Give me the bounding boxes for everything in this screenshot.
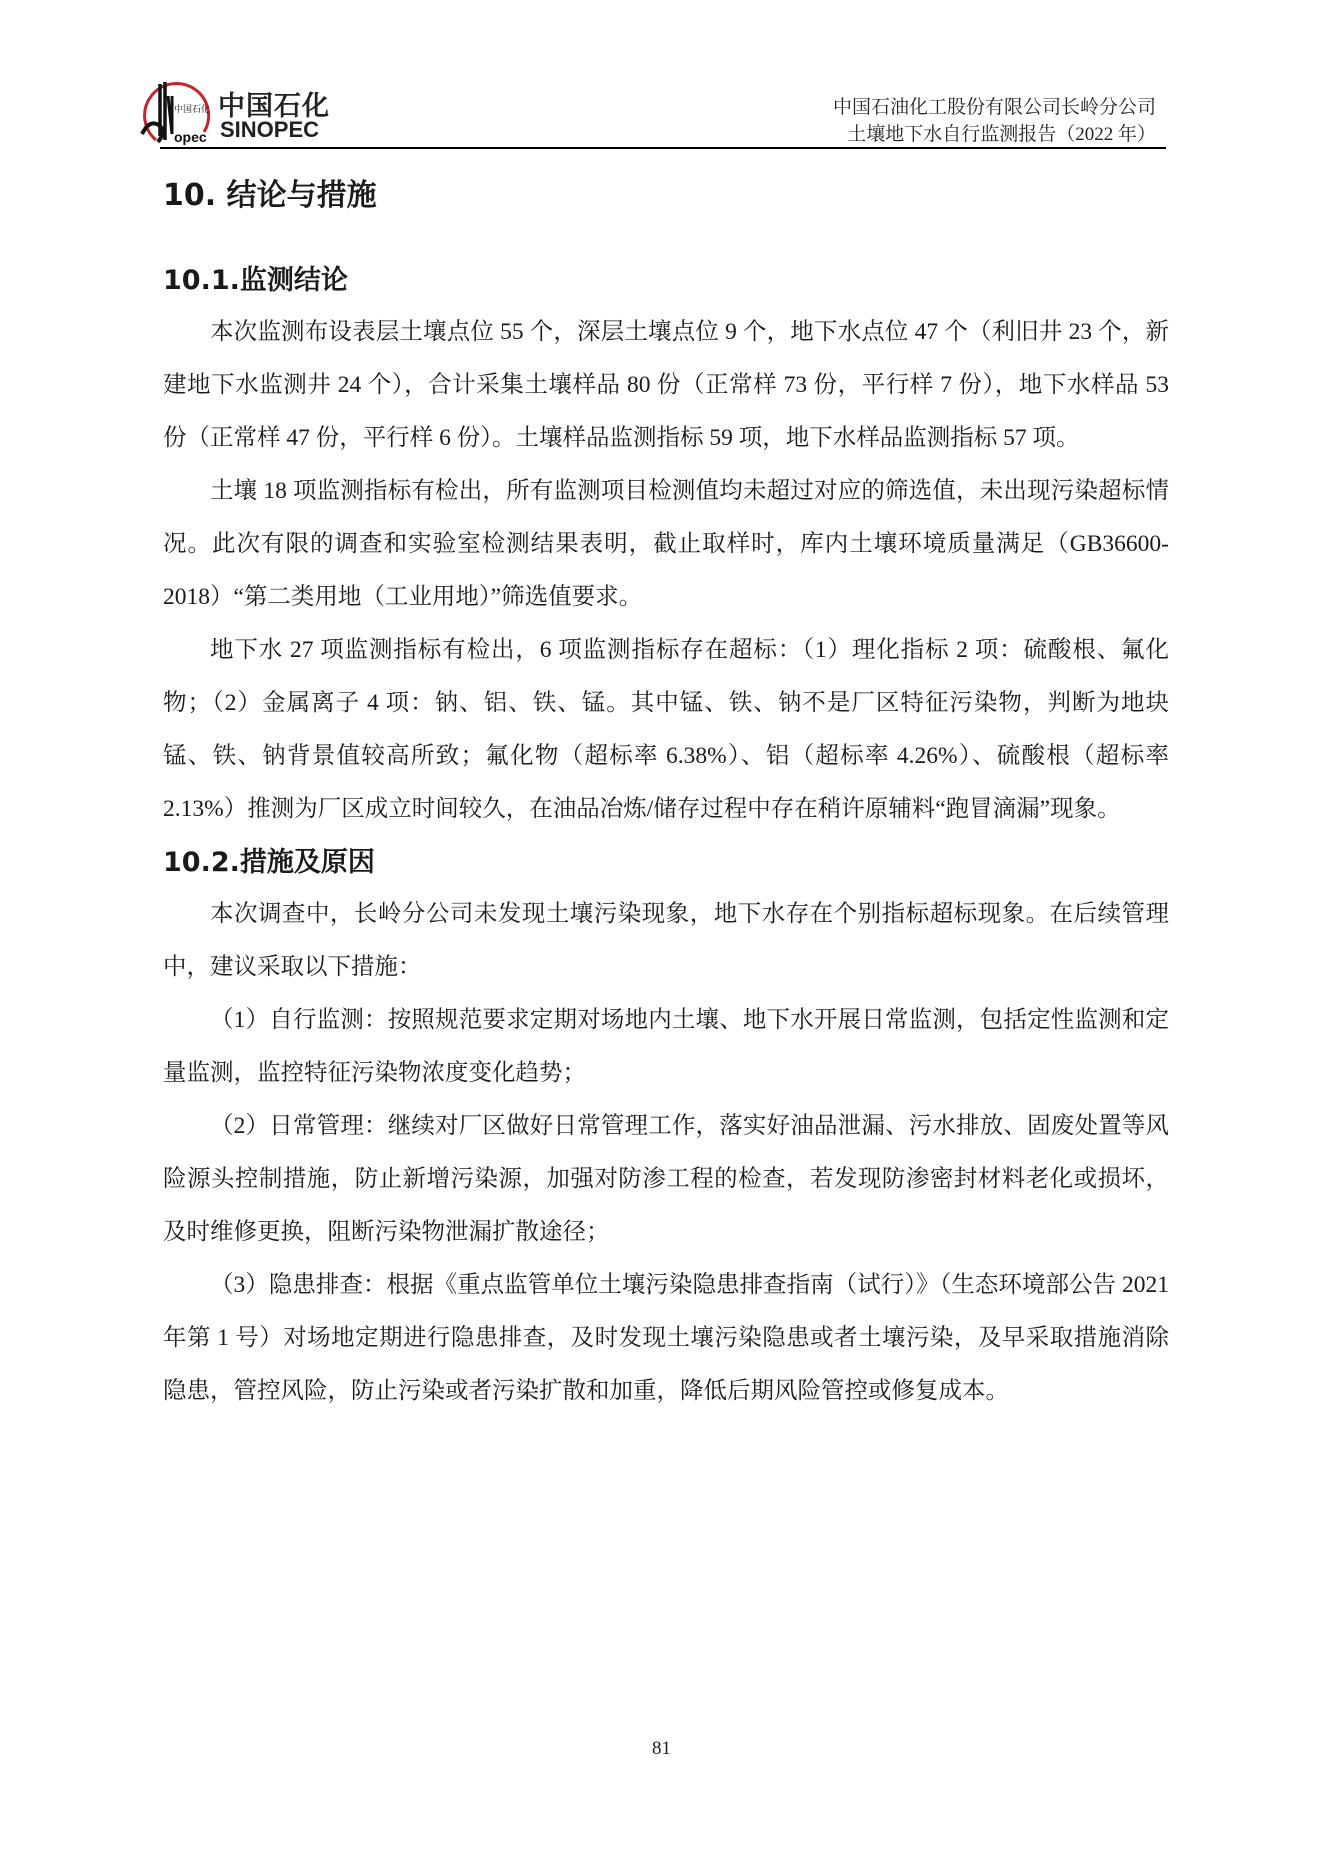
sinopec-logo: 中国石化 opec 中国石化 SINOPEC	[138, 70, 438, 148]
svg-text:opec: opec	[174, 129, 207, 145]
sinopec-logo-icon: 中国石化 opec	[138, 74, 216, 148]
header-divider	[160, 147, 1166, 149]
paragraph: （1）自行监测：按照规范要求定期对场地内土壤、地下水开展日常监测，包括定性监测和…	[163, 994, 1169, 1100]
subsection-title-conclusions: 10.1.监测结论	[163, 256, 1169, 306]
paragraph: （2）日常管理：继续对厂区做好日常管理工作，落实好油品泄漏、污水排放、固废处置等…	[163, 1100, 1169, 1259]
page-number: 81	[0, 1738, 1323, 1760]
paragraph: 本次监测布设表层土壤点位 55 个，深层土壤点位 9 个，地下水点位 47 个（…	[163, 306, 1169, 465]
paragraph: 本次调查中，长岭分公司未发现土壤污染现象，地下水存在个别指标超标现象。在后续管理…	[163, 888, 1169, 994]
page-header: 中国石化 opec 中国石化 SINOPEC 中国石油化工股份有限公司长岭分公司…	[160, 70, 1166, 148]
subsection-title-measures: 10.2.措施及原因	[163, 838, 1169, 888]
svg-text:中国石化: 中国石化	[174, 103, 210, 115]
company-name: 中国石油化工股份有限公司长岭分公司	[833, 94, 1156, 121]
section-title: 10. 结论与措施	[163, 168, 1169, 228]
report-header-title: 中国石油化工股份有限公司长岭分公司 土壤地下水自行监测报告（2022 年）	[833, 94, 1156, 148]
page-body: 10. 结论与措施 10.1.监测结论 本次监测布设表层土壤点位 55 个，深层…	[163, 168, 1169, 1418]
paragraph: 土壤 18 项监测指标有检出，所有监测项目检测值均未超过对应的筛选值，未出现污染…	[163, 465, 1169, 624]
logo-english-name: SINOPEC	[220, 117, 319, 143]
paragraph: （3）隐患排查：根据《重点监管单位土壤污染隐患排查指南（试行）》（生态环境部公告…	[163, 1259, 1169, 1418]
paragraph: 地下水 27 项监测指标有检出，6 项监测指标存在超标：（1）理化指标 2 项：…	[163, 624, 1169, 836]
report-title: 土壤地下水自行监测报告（2022 年）	[833, 121, 1156, 148]
